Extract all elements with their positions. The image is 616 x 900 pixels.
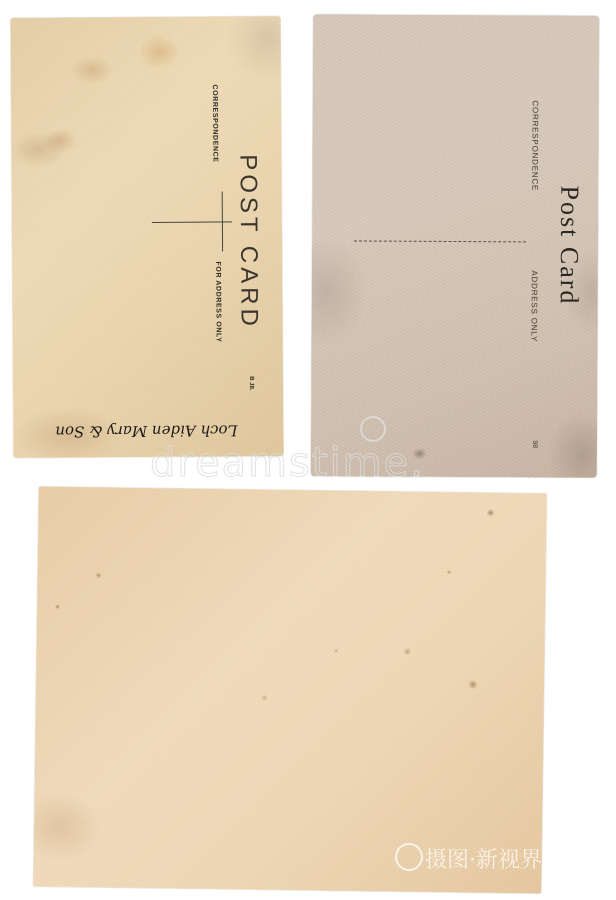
watermark-dreamstime: dreamstime. bbox=[150, 440, 425, 486]
postcard-title: Post Card bbox=[554, 186, 585, 306]
divider-line-vertical bbox=[222, 191, 223, 251]
correspondence-label: CORRESPONDENCE bbox=[211, 85, 219, 163]
divider-line bbox=[152, 221, 232, 223]
watermark-chinese: 摄图·新视界 bbox=[425, 843, 542, 874]
address-label: ADDRESS ONLY bbox=[529, 270, 538, 342]
postcard-1: CORRESPONDENCE POST CARD FOR ADDRESS ONL… bbox=[10, 16, 283, 458]
watermark-spiral-icon bbox=[360, 416, 386, 442]
watermark-camera-icon bbox=[395, 843, 423, 871]
postcard-3 bbox=[33, 486, 547, 893]
correspondence-label: CORRESPONDENCE bbox=[530, 100, 539, 191]
handwritten-note: Loch Aiden Mary & Son bbox=[55, 421, 237, 440]
card-code: 98 bbox=[531, 440, 538, 448]
postcard-title: POST CARD bbox=[233, 154, 262, 330]
divider-line bbox=[354, 240, 526, 242]
card-code: B J8. bbox=[248, 376, 254, 390]
address-label: FOR ADDRESS ONLY bbox=[214, 261, 222, 342]
postcard-2: CORRESPONDENCE Post Card ADDRESS ONLY 98 bbox=[311, 14, 599, 477]
